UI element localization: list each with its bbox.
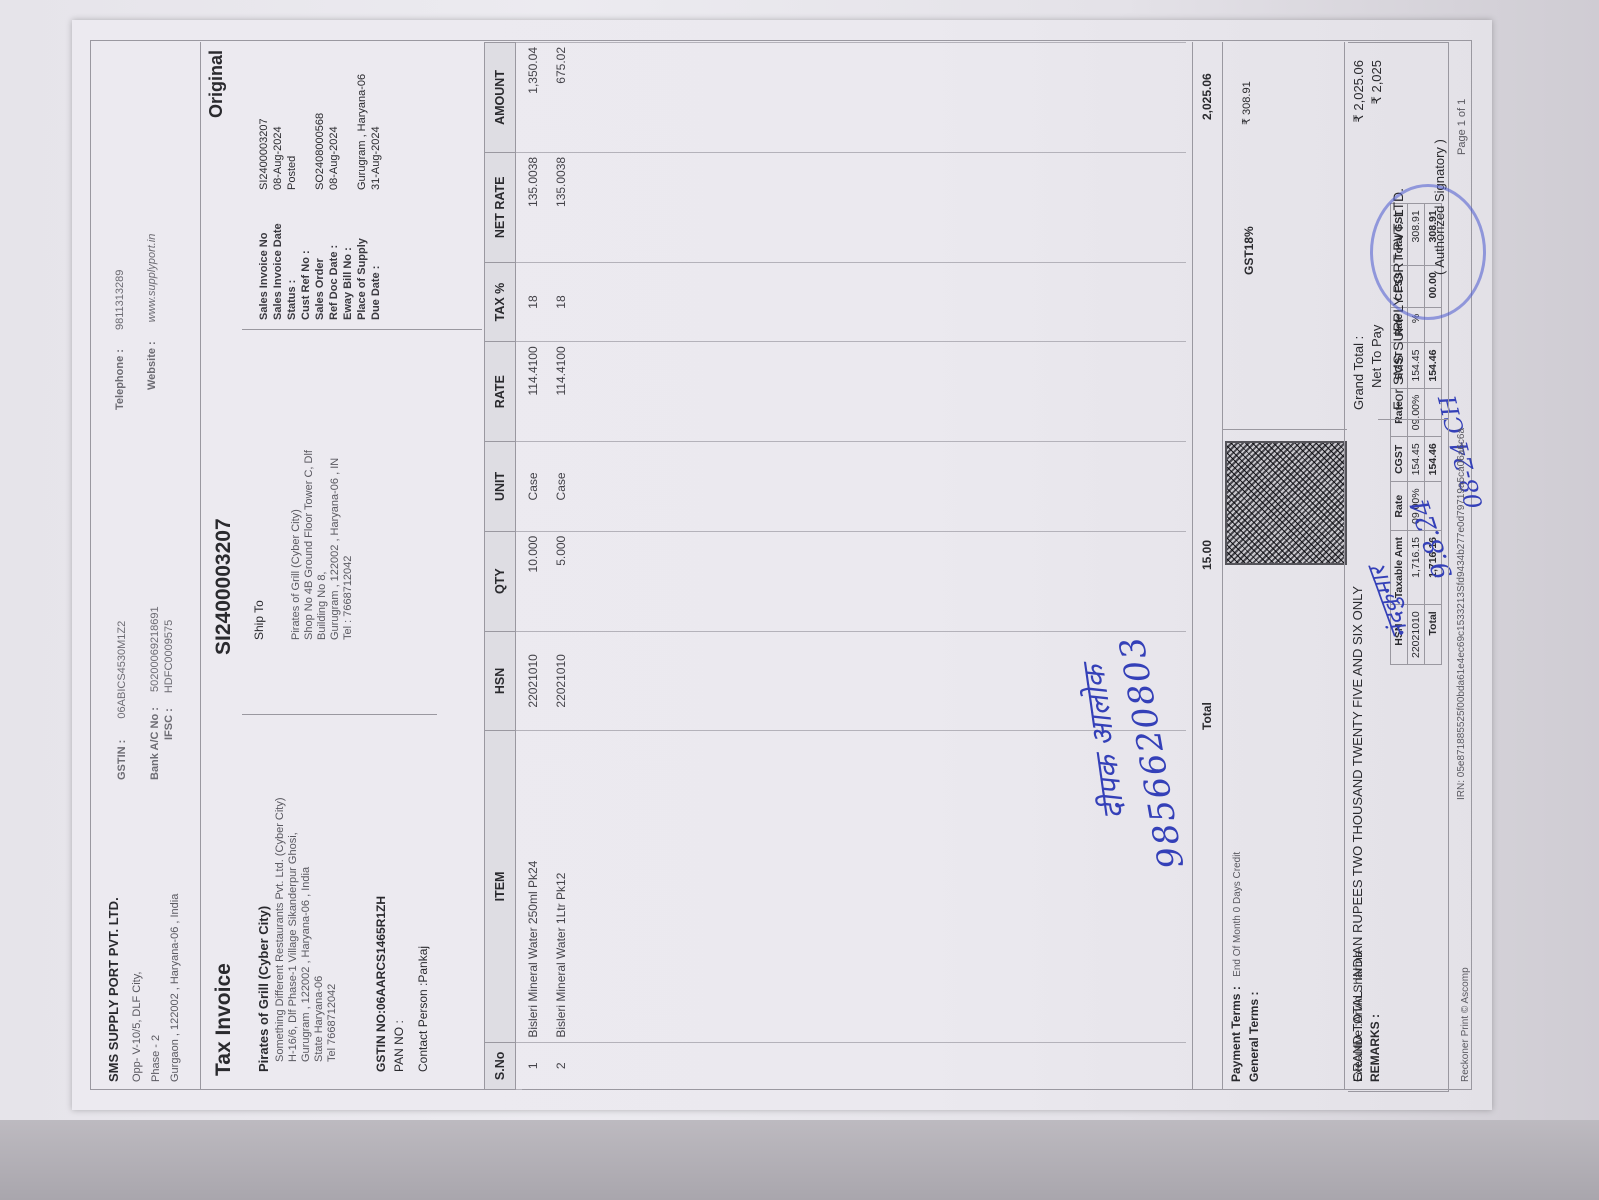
meta-value: SI2400003207 [258,50,270,190]
meta-label: Status : [286,190,298,320]
column-header: AMOUNT [485,43,516,153]
table-cell: 1,350.04 [516,43,545,153]
table-row: 2Bisleri Mineral Water 1Ltr Pk1222021010… [544,43,572,1090]
copy-label: Original [206,50,227,118]
printed-by: Reckoner Print © Ascomp [1460,967,1471,1082]
table-cell: Case [516,442,545,532]
total-label: Total [1200,702,1214,730]
gstin-label: GSTIN : [116,740,128,780]
divider [200,42,201,1090]
gstin-value: 06ABICS4530M1Z2 [116,621,128,719]
table-cell: 135.0038 [544,152,572,262]
meta-value: 31-Aug-2024 [370,50,382,190]
bill-to-name: Pirates of Grill (Cyber City) [256,906,271,1072]
bill-to-line: State Haryana-06 [313,797,326,1062]
meta-value: Posted [286,50,298,190]
irn-number: IRN: 05e871885525f00bda61e4ec69c1533213S… [1456,428,1467,800]
meta-value: Gurugram , Haryana-06 [356,50,368,190]
seller-gstin: GSTIN : 06ABICS4530M1Z2 [116,621,128,780]
column-header: QTY [485,531,516,631]
column-header: UNIT [485,442,516,532]
page-number: Page 1 of 1 [1456,99,1468,155]
column-header: NET RATE [485,152,516,262]
ship-to-line: Pirates of Grill (Cyber City) [290,450,303,640]
invoice-number-heading: SI2400003207 [212,518,236,655]
seller-telephone: Telephone : 9811313289 [114,270,126,410]
telephone-value: 9811313289 [114,270,126,330]
contact-person: Contact Person :Pankaj [414,896,432,1072]
divider [522,1089,1202,1090]
table-cell: Case [544,442,572,532]
table-cell: 675.02 [544,43,572,153]
website-label: Website : [146,341,158,390]
bill-to-line: Tel 7668712042 [326,797,339,1062]
meta-value [300,50,312,190]
remarks-label: REMARKS : [1367,951,1384,1082]
items-table: S.NoITEMHSNQTYUNITRATETAX %NET RATEAMOUN… [484,42,1186,1090]
table-cell: 114.4100 [516,342,545,442]
terms: Payment Terms : End Of Month 0 Days Cred… [1228,852,1263,1082]
table-surface [0,1120,1599,1200]
meta-value: SO2408000568 [314,50,326,190]
invoice-meta: Sales Invoice NoSI2400003207Sales Invoic… [258,50,382,320]
ship-to-address: Pirates of Grill (Cyber City) Shop No 4B… [290,450,355,640]
tax-summary-value: ₹ 308.91 [1240,81,1253,125]
column-header: S.No [485,1042,516,1089]
table-cell: 10.000 [516,531,545,631]
meta-label: Sales Invoice No [258,190,270,320]
table-cell: 2 [544,1042,572,1089]
column-header: ITEM [485,731,516,1042]
table-cell: 18 [544,262,572,342]
company-stamp [1370,184,1486,320]
website-link[interactable]: www.supplyport.in [146,234,158,323]
telephone-label: Telephone : [114,349,126,410]
ifsc-label: IFSC : [163,708,175,740]
footer-rotated: Executive :Arvin Sharma REMARKS : For SM… [1340,20,1540,1110]
bill-to-line: H-16/6, Dlf Phase-1 Village Sikanderpur … [287,797,300,1062]
divider [242,329,482,330]
table-cell: 1 [516,1042,545,1089]
column-header: HSN [485,631,516,731]
table-filler [572,43,1186,1090]
buyer-gstin: GSTIN NO:06AARCS1465R1ZH [372,896,390,1072]
invoice-paper: SMS SUPPLY PORT PVT. LTD. Opp- V-10/5, D… [72,20,1492,1110]
divider [1378,419,1448,420]
meta-label: Eway Bill No : [342,190,354,320]
executive-name: Executive :Arvin Sharma [1350,951,1367,1082]
divider [1222,42,1223,1090]
meta-value: 08-Aug-2024 [328,50,340,190]
meta-label: Due Date : [370,190,382,320]
divider [1192,42,1193,1090]
e-invoice-qr-code [1225,441,1347,565]
table-cell: 22021010 [516,631,545,731]
meta-label: Sales Invoice Date [272,190,284,320]
seller-website: Website : www.supplyport.in [146,234,158,390]
invoice-footer-band: Executive :Arvin Sharma REMARKS : For SM… [1340,0,1540,1110]
total-qty: 15.00 [1200,540,1214,570]
divider [1222,429,1347,430]
seller-address-line: Phase - 2 [147,894,166,1082]
table-cell: Bisleri Mineral Water 1Ltr Pk12 [544,731,572,1042]
table-cell: Bisleri Mineral Water 250ml Pk24 [516,731,545,1042]
ifsc-value: HDFC0009575 [163,620,175,693]
table-cell: 18 [516,262,545,342]
ship-to-line: Gurugram , 122002 , Haryana-06 , IN [329,450,342,640]
bill-to-line: Something Different Restaurants Pvt. Ltd… [274,797,287,1062]
payment-terms-label: Payment Terms : [1229,986,1243,1082]
ship-to-label: Ship To [252,600,266,640]
doc-title: Tax Invoice [212,963,236,1076]
meta-value [342,50,354,190]
payment-terms-value: End Of Month 0 Days Credit [1232,852,1243,977]
column-header: TAX % [485,262,516,342]
table-cell: 5.000 [544,531,572,631]
general-terms-label: General Terms : [1246,852,1263,1082]
meta-label: Ref Doc Date : [328,190,340,320]
items-table-wrap: S.NoITEMHSNQTYUNITRATETAX %NET RATEAMOUN… [484,42,1186,1090]
seller-address-line: Opp- V-10/5, DLF City, [128,894,147,1082]
bill-to-line: Gurugram , 122002 , Haryana-06 , India [300,797,313,1062]
ship-to-line: Tel : 7668712042 [342,450,355,640]
table-cell: 22021010 [544,631,572,731]
seller-name: SMS SUPPLY PORT PVT. LTD. [106,897,121,1082]
ship-to-line: Building No 8, [316,450,329,640]
total-amount: 2,025.06 [1200,73,1214,120]
meta-label: Place of Supply [356,190,368,320]
table-row: 1Bisleri Mineral Water 250ml Pk242202101… [516,43,545,1090]
bill-to-address: Something Different Restaurants Pvt. Ltd… [274,797,339,1062]
seller-bank: Bank A/C No : 50200069218691 IFSC : HDFC… [148,606,176,780]
table-cell: 135.0038 [516,152,545,262]
ship-to-line: Shop No 4B Ground Floor Tower C, Dlf [303,450,316,640]
divider [242,714,437,715]
table-cell: 114.4100 [544,342,572,442]
footer-left: Executive :Arvin Sharma REMARKS : [1350,951,1384,1082]
meta-value: 08-Aug-2024 [272,50,284,190]
bill-to-tax-ids: GSTIN NO:06AARCS1465R1ZH PAN NO : Contac… [372,896,432,1072]
bank-account: 50200069218691 [149,606,161,692]
column-header: RATE [485,342,516,442]
bank-label: Bank A/C No : [149,707,161,780]
seller-address-line: Gurgaon , 122002 , Haryana-06 , India [166,894,185,1082]
meta-label: Cust Ref No : [300,190,312,320]
meta-label: Sales Order [314,190,326,320]
tax-summary-label: GST18% [1242,226,1256,275]
seller-address: Opp- V-10/5, DLF City, Phase - 2 Gurgaon… [128,894,185,1082]
buyer-pan: PAN NO : [390,896,408,1072]
